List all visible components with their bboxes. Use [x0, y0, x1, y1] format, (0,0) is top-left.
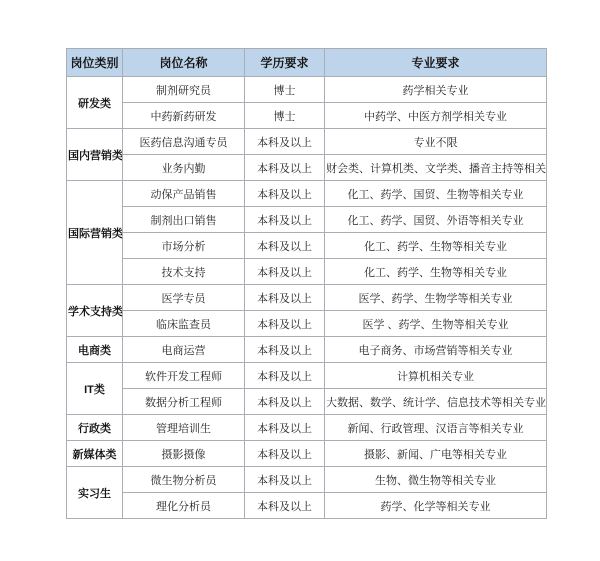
major-cell: 中药学、中医方剂学相关专业 [325, 103, 547, 129]
major-cell: 新闻、行政管理、汉语言等相关专业 [325, 415, 547, 441]
education-cell: 博士 [245, 103, 325, 129]
major-cell: 化工、药学、生物等相关专业 [325, 259, 547, 285]
job-positions-table: 岗位类别 岗位名称 学历要求 专业要求 研发类 制剂研究员 博士 药学相关专业 … [66, 48, 547, 519]
education-cell: 本科及以上 [245, 259, 325, 285]
major-cell: 财会类、计算机类、文学类、播音主持等相关专业 [325, 155, 547, 181]
table-row: 理化分析员 本科及以上 药学、化学等相关专业 [67, 493, 547, 519]
position-cell: 数据分析工程师 [123, 389, 245, 415]
table-row: 业务内勤 本科及以上 财会类、计算机类、文学类、播音主持等相关专业 [67, 155, 547, 181]
header-cell-education: 学历要求 [245, 49, 325, 77]
position-cell: 管理培训生 [123, 415, 245, 441]
major-cell: 计算机相关专业 [325, 363, 547, 389]
education-cell: 本科及以上 [245, 363, 325, 389]
major-cell: 药学相关专业 [325, 77, 547, 103]
table-row: 临床监查员 本科及以上 医学 、药学、生物等相关专业 [67, 311, 547, 337]
position-cell: 中药新药研发 [123, 103, 245, 129]
position-cell: 制剂出口销售 [123, 207, 245, 233]
education-cell: 本科及以上 [245, 285, 325, 311]
position-cell: 理化分析员 [123, 493, 245, 519]
education-cell: 本科及以上 [245, 129, 325, 155]
major-cell: 大数据、数学、统计学、信息技术等相关专业 [325, 389, 547, 415]
category-cell: 电商类 [67, 337, 123, 363]
category-cell: 学术支持类 [67, 285, 123, 337]
education-cell: 本科及以上 [245, 441, 325, 467]
position-cell: 软件开发工程师 [123, 363, 245, 389]
position-cell: 动保产品销售 [123, 181, 245, 207]
position-cell: 制剂研究员 [123, 77, 245, 103]
education-cell: 本科及以上 [245, 181, 325, 207]
education-cell: 本科及以上 [245, 155, 325, 181]
major-cell: 化工、药学、国贸、生物等相关专业 [325, 181, 547, 207]
major-cell: 生物、微生物等相关专业 [325, 467, 547, 493]
position-cell: 摄影摄像 [123, 441, 245, 467]
table-row: 电商类 电商运营 本科及以上 电子商务、市场营销等相关专业 [67, 337, 547, 363]
category-cell: 实习生 [67, 467, 123, 519]
table-row: 新媒体类 摄影摄像 本科及以上 摄影、新闻、广电等相关专业 [67, 441, 547, 467]
table-row: 数据分析工程师 本科及以上 大数据、数学、统计学、信息技术等相关专业 [67, 389, 547, 415]
table-row: 制剂出口销售 本科及以上 化工、药学、国贸、外语等相关专业 [67, 207, 547, 233]
table-row: 国际营销类 动保产品销售 本科及以上 化工、药学、国贸、生物等相关专业 [67, 181, 547, 207]
education-cell: 本科及以上 [245, 467, 325, 493]
table-row: 研发类 制剂研究员 博士 药学相关专业 [67, 77, 547, 103]
education-cell: 本科及以上 [245, 337, 325, 363]
category-cell: 国际营销类 [67, 181, 123, 285]
position-cell: 临床监查员 [123, 311, 245, 337]
major-cell: 化工、药学、生物等相关专业 [325, 233, 547, 259]
major-cell: 医学、药学、生物学等相关专业 [325, 285, 547, 311]
position-cell: 医药信息沟通专员 [123, 129, 245, 155]
education-cell: 博士 [245, 77, 325, 103]
education-cell: 本科及以上 [245, 311, 325, 337]
category-cell: 新媒体类 [67, 441, 123, 467]
position-cell: 业务内勤 [123, 155, 245, 181]
education-cell: 本科及以上 [245, 389, 325, 415]
category-cell: 研发类 [67, 77, 123, 129]
table-row: IT类 软件开发工程师 本科及以上 计算机相关专业 [67, 363, 547, 389]
major-cell: 医学 、药学、生物等相关专业 [325, 311, 547, 337]
header-cell-category: 岗位类别 [67, 49, 123, 77]
major-cell: 专业不限 [325, 129, 547, 155]
table-row: 国内营销类 医药信息沟通专员 本科及以上 专业不限 [67, 129, 547, 155]
major-cell: 药学、化学等相关专业 [325, 493, 547, 519]
category-cell: IT类 [67, 363, 123, 415]
job-positions-table-container: 岗位类别 岗位名称 学历要求 专业要求 研发类 制剂研究员 博士 药学相关专业 … [66, 48, 546, 519]
header-cell-major: 专业要求 [325, 49, 547, 77]
table-row: 学术支持类 医学专员 本科及以上 医学、药学、生物学等相关专业 [67, 285, 547, 311]
education-cell: 本科及以上 [245, 415, 325, 441]
category-cell: 行政类 [67, 415, 123, 441]
position-cell: 医学专员 [123, 285, 245, 311]
header-row: 岗位类别 岗位名称 学历要求 专业要求 [67, 49, 547, 77]
table-row: 中药新药研发 博士 中药学、中医方剂学相关专业 [67, 103, 547, 129]
education-cell: 本科及以上 [245, 207, 325, 233]
major-cell: 电子商务、市场营销等相关专业 [325, 337, 547, 363]
table-row: 技术支持 本科及以上 化工、药学、生物等相关专业 [67, 259, 547, 285]
table-row: 市场分析 本科及以上 化工、药学、生物等相关专业 [67, 233, 547, 259]
position-cell: 市场分析 [123, 233, 245, 259]
table-row: 行政类 管理培训生 本科及以上 新闻、行政管理、汉语言等相关专业 [67, 415, 547, 441]
education-cell: 本科及以上 [245, 493, 325, 519]
header-cell-position: 岗位名称 [123, 49, 245, 77]
category-cell: 国内营销类 [67, 129, 123, 181]
table-row: 实习生 微生物分析员 本科及以上 生物、微生物等相关专业 [67, 467, 547, 493]
major-cell: 化工、药学、国贸、外语等相关专业 [325, 207, 547, 233]
position-cell: 技术支持 [123, 259, 245, 285]
position-cell: 微生物分析员 [123, 467, 245, 493]
major-cell: 摄影、新闻、广电等相关专业 [325, 441, 547, 467]
position-cell: 电商运营 [123, 337, 245, 363]
education-cell: 本科及以上 [245, 233, 325, 259]
